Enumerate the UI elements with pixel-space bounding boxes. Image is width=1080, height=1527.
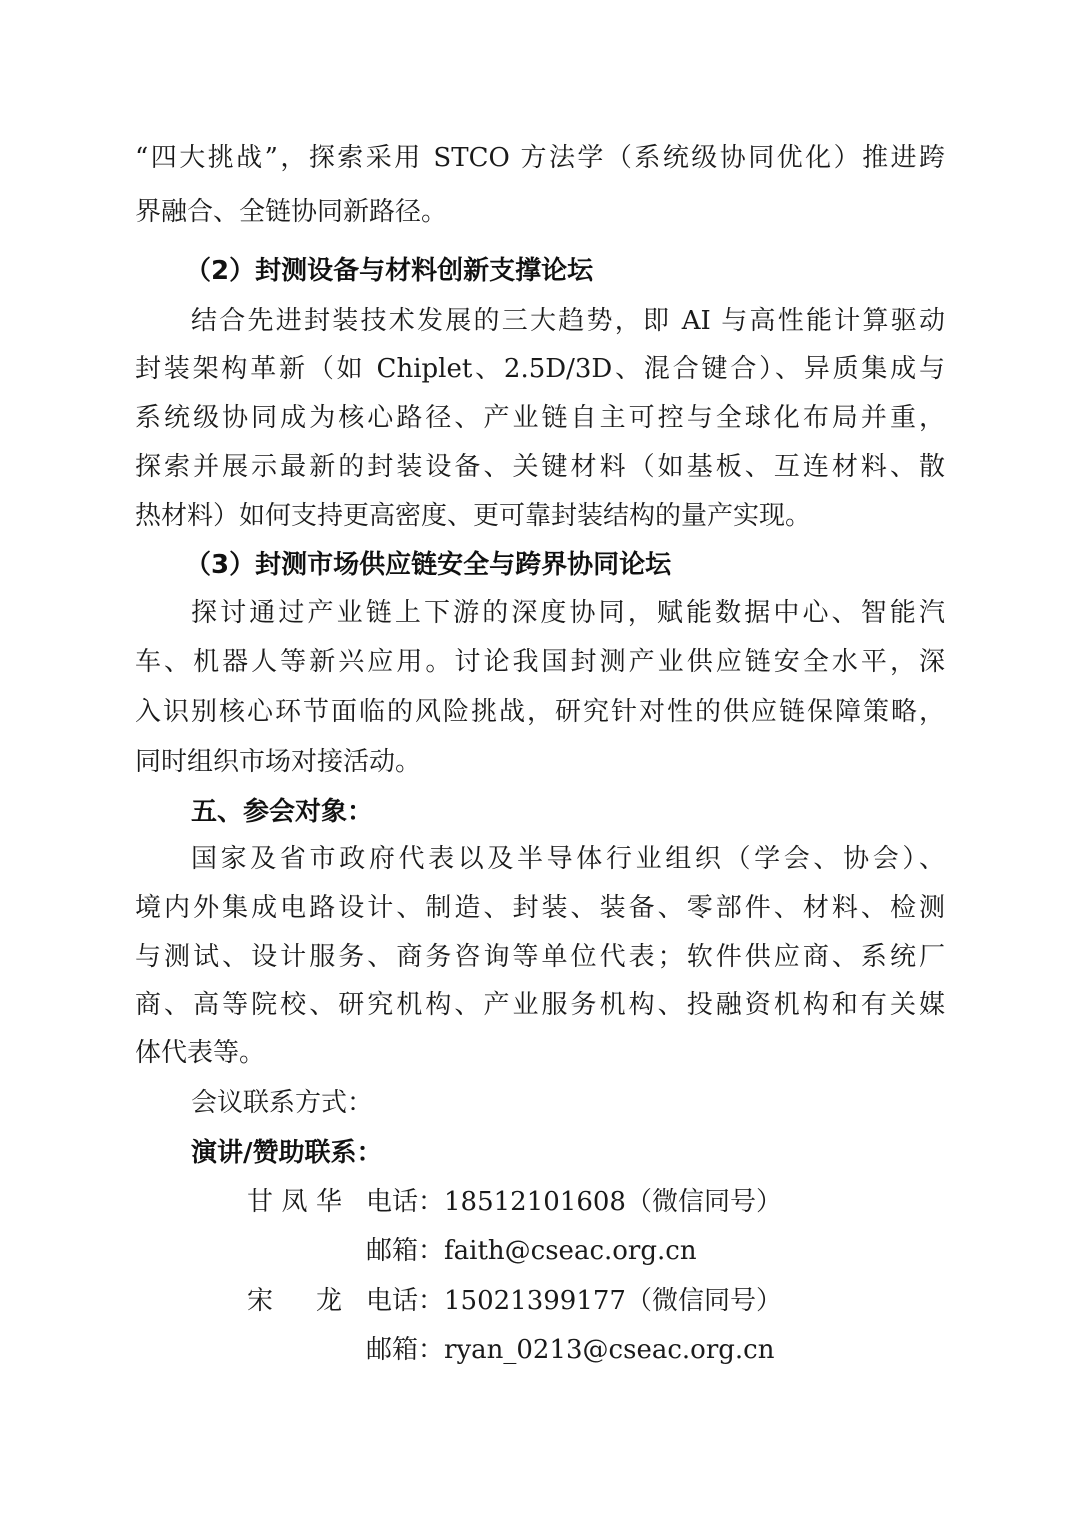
body-line: 入识别核心环节面临的风险挑战，研究针对性的供应链保障策略， [135,695,945,729]
body-line: 结合先进封装技术发展的三大趋势，即 AI 与高性能计算驱动 [191,304,945,338]
phone-label: 电话： [366,1187,444,1217]
body-line: 商、高等院校、研究机构、产业服务机构、投融资机构和有关媒 [135,988,945,1022]
body-line: 界融合、全链协同新路径。 [135,195,945,229]
body-line: “四大挑战”，探索采用 STCO 方法学（系统级协同优化）推进跨 [135,141,945,175]
email-label: 邮箱： [366,1236,444,1266]
contact-email: 邮箱：faith@cseac.org.cn [366,1234,697,1268]
body-line: 与测试、设计服务、商务咨询等单位代表；软件供应商、系统厂 [135,940,945,974]
body-line: 国家及省市政府代表以及半导体行业组织（学会、协会）、 [191,842,945,876]
section-heading: 五、参会对象： [191,795,1001,829]
body-line: 车、机器人等新兴应用。讨论我国封测产业供应链安全水平，深 [135,645,945,679]
section-heading: （3）封测市场供应链安全与跨界协同论坛 [185,548,995,582]
body-line: 热材料）如何支持更高密度、更可靠封装结构的量产实现。 [135,499,945,533]
section-heading: （2）封测设备与材料创新支撑论坛 [185,254,995,288]
phone-value: 18512101608（微信同号） [444,1187,782,1217]
body-line: 体代表等。 [135,1036,945,1070]
contact-name: 宋龙 [247,1284,342,1318]
body-line: 同时组织市场对接活动。 [135,745,945,779]
body-line: 境内外集成电路设计、制造、封装、装备、零部件、材料、检测 [135,891,945,925]
contact-phone: 电话：18512101608（微信同号） [366,1185,782,1219]
contact-email: 邮箱：ryan_0213@cseac.org.cn [366,1333,774,1367]
phone-label: 电话： [366,1286,444,1316]
contact-phone: 电话：15021399177（微信同号） [366,1284,782,1318]
body-line: 探索并展示最新的封装设备、关键材料（如基板、互连材料、散 [135,450,945,484]
phone-value: 15021399177（微信同号） [444,1286,782,1316]
email-label: 邮箱： [366,1335,444,1365]
body-line: 系统级协同成为核心路径、产业链自主可控与全球化布局并重， [135,401,945,435]
email-link[interactable]: faith@cseac.org.cn [444,1236,697,1266]
contact-name: 甘凤华 [247,1185,342,1219]
body-line: 封装架构革新（如 Chiplet、2.5D/3D、混合键合）、异质集成与 [135,352,945,386]
email-link[interactable]: ryan_0213@cseac.org.cn [444,1335,774,1365]
document-page: “四大挑战”，探索采用 STCO 方法学（系统级协同优化）推进跨 界融合、全链协… [0,0,1080,1527]
body-line: 探讨通过产业链上下游的深度协同，赋能数据中心、智能汽 [191,596,945,630]
contact-heading: 演讲/赞助联系： [191,1136,945,1170]
contact-intro: 会议联系方式： [191,1086,945,1120]
